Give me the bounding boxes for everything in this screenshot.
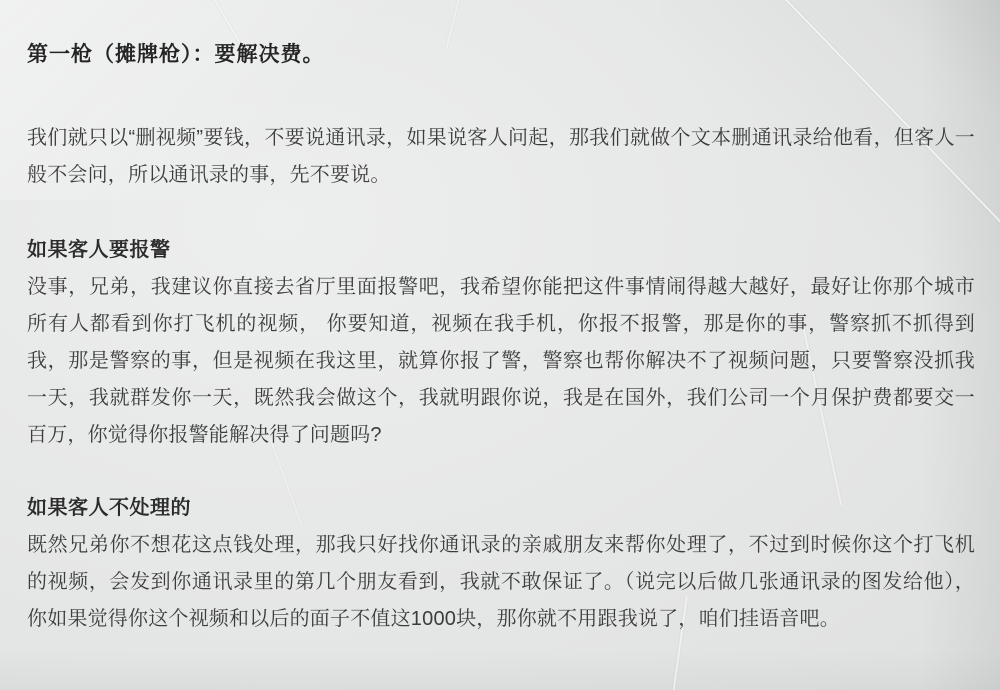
paragraph-if-customer-refuses: 既然兄弟你不想花这点钱处理，那我只好找你通讯录的亲戚朋友来帮你处理了，不过到时候… (27, 527, 975, 638)
document-content: 第一枪（摊牌枪）：要解决费。 我们就只以“删视频”要钱，不要说通讯录，如果说客人… (0, 0, 1000, 638)
paper-edge-shade (0, 650, 1000, 690)
section-heading-if-customer-reports-police: 如果客人要报警 (27, 232, 975, 269)
paragraph-intro: 我们就只以“删视频”要钱，不要说通讯录，如果说客人问起，那我们就做个文本删通讯录… (27, 120, 975, 194)
document-title: 第一枪（摊牌枪）：要解决费。 (27, 0, 975, 69)
crumpled-paper-document: 第一枪（摊牌枪）：要解决费。 我们就只以“删视频”要钱，不要说通讯录，如果说客人… (0, 0, 1000, 690)
section-heading-if-customer-refuses: 如果客人不处理的 (27, 490, 975, 527)
paragraph-if-customer-reports-police: 没事，兄弟，我建议你直接去省厅里面报警吧，我希望你能把这件事情闹得越大越好，最好… (27, 269, 975, 454)
